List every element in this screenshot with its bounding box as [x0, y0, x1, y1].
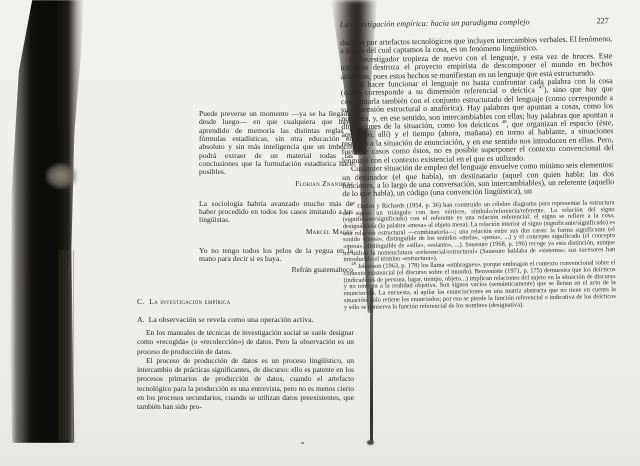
quote-attribution: Florian Znaniecki — [199, 179, 353, 188]
section-title: La investigación empírica — [149, 297, 230, 306]
epigraph-quote: Yo no tengo todos los pelos de la yegua … — [199, 247, 353, 275]
quote-text: Puede preverse un momento —ya se ha lleg… — [199, 110, 353, 177]
running-head: La investigación empírica: hacia un para… — [340, 16, 612, 29]
section-heading: C.La investigación empírica — [137, 297, 230, 306]
spine-shadow-end — [367, 440, 374, 445]
body-paragraph: En los manuales de técnicas de investiga… — [137, 328, 354, 356]
body-paragraph: El proceso de producción de datos es un … — [137, 356, 354, 412]
epigraph-quotes: Puede preverse un momento —ya se ha lleg… — [199, 110, 353, 286]
section-label: C. — [137, 297, 144, 306]
footnote: 48 Jakobson (1963, p. 178) los llama «em… — [343, 260, 616, 311]
footnote-text: Ogden y Richards (1954, p. 36) han const… — [343, 199, 616, 264]
epigraph-quote: La sociología habría avanzado mucho más … — [199, 200, 353, 236]
scanned-book-spread: Puede preverse un momento —ya se ha lleg… — [0, 0, 640, 466]
quote-attribution: Refrán guatemalteco — [199, 265, 353, 274]
scan-speck — [301, 442, 304, 444]
body-paragraph: Cualquier situación de empleo del lengua… — [342, 161, 614, 199]
quote-text: La sociología habría avanzado mucho más … — [199, 200, 353, 225]
running-head-title: La investigación empírica: hacia un para… — [340, 17, 530, 29]
margin-smudge — [45, 163, 77, 189]
quote-attribution: Marcel Mauss — [199, 227, 353, 236]
page-number: 227 — [596, 16, 608, 25]
right-page-body: ducidos por artefactos tecnológicos que … — [340, 35, 614, 199]
footnote: 47 Ogden y Richards (1954, p. 36) han co… — [342, 200, 615, 264]
epigraph-quote: Puede preverse un momento —ya se ha lleg… — [199, 110, 353, 188]
subsection-label: A. — [137, 315, 145, 324]
footnote-marker: 48 — [351, 261, 356, 266]
right-page: La investigación empírica: hacia un para… — [340, 16, 616, 311]
footnote-marker: 47 — [350, 201, 355, 206]
left-page-body: En los manuales de técnicas de investiga… — [137, 328, 354, 412]
subsection-title: La observación se revela como una operac… — [149, 315, 314, 324]
quote-text: Yo no tengo todos los pelos de la yegua … — [199, 247, 353, 264]
body-paragraph: Para hacer funcionar el lenguaje no bast… — [341, 77, 614, 165]
footnote-text: Jakobson (1963, p. 178) los llama «embra… — [343, 259, 615, 310]
page-edge-texture — [58, 250, 76, 440]
footnotes: 47 Ogden y Richards (1954, p. 36) han co… — [342, 200, 616, 312]
subsection-heading: A.La observación se revela como una oper… — [137, 315, 314, 324]
